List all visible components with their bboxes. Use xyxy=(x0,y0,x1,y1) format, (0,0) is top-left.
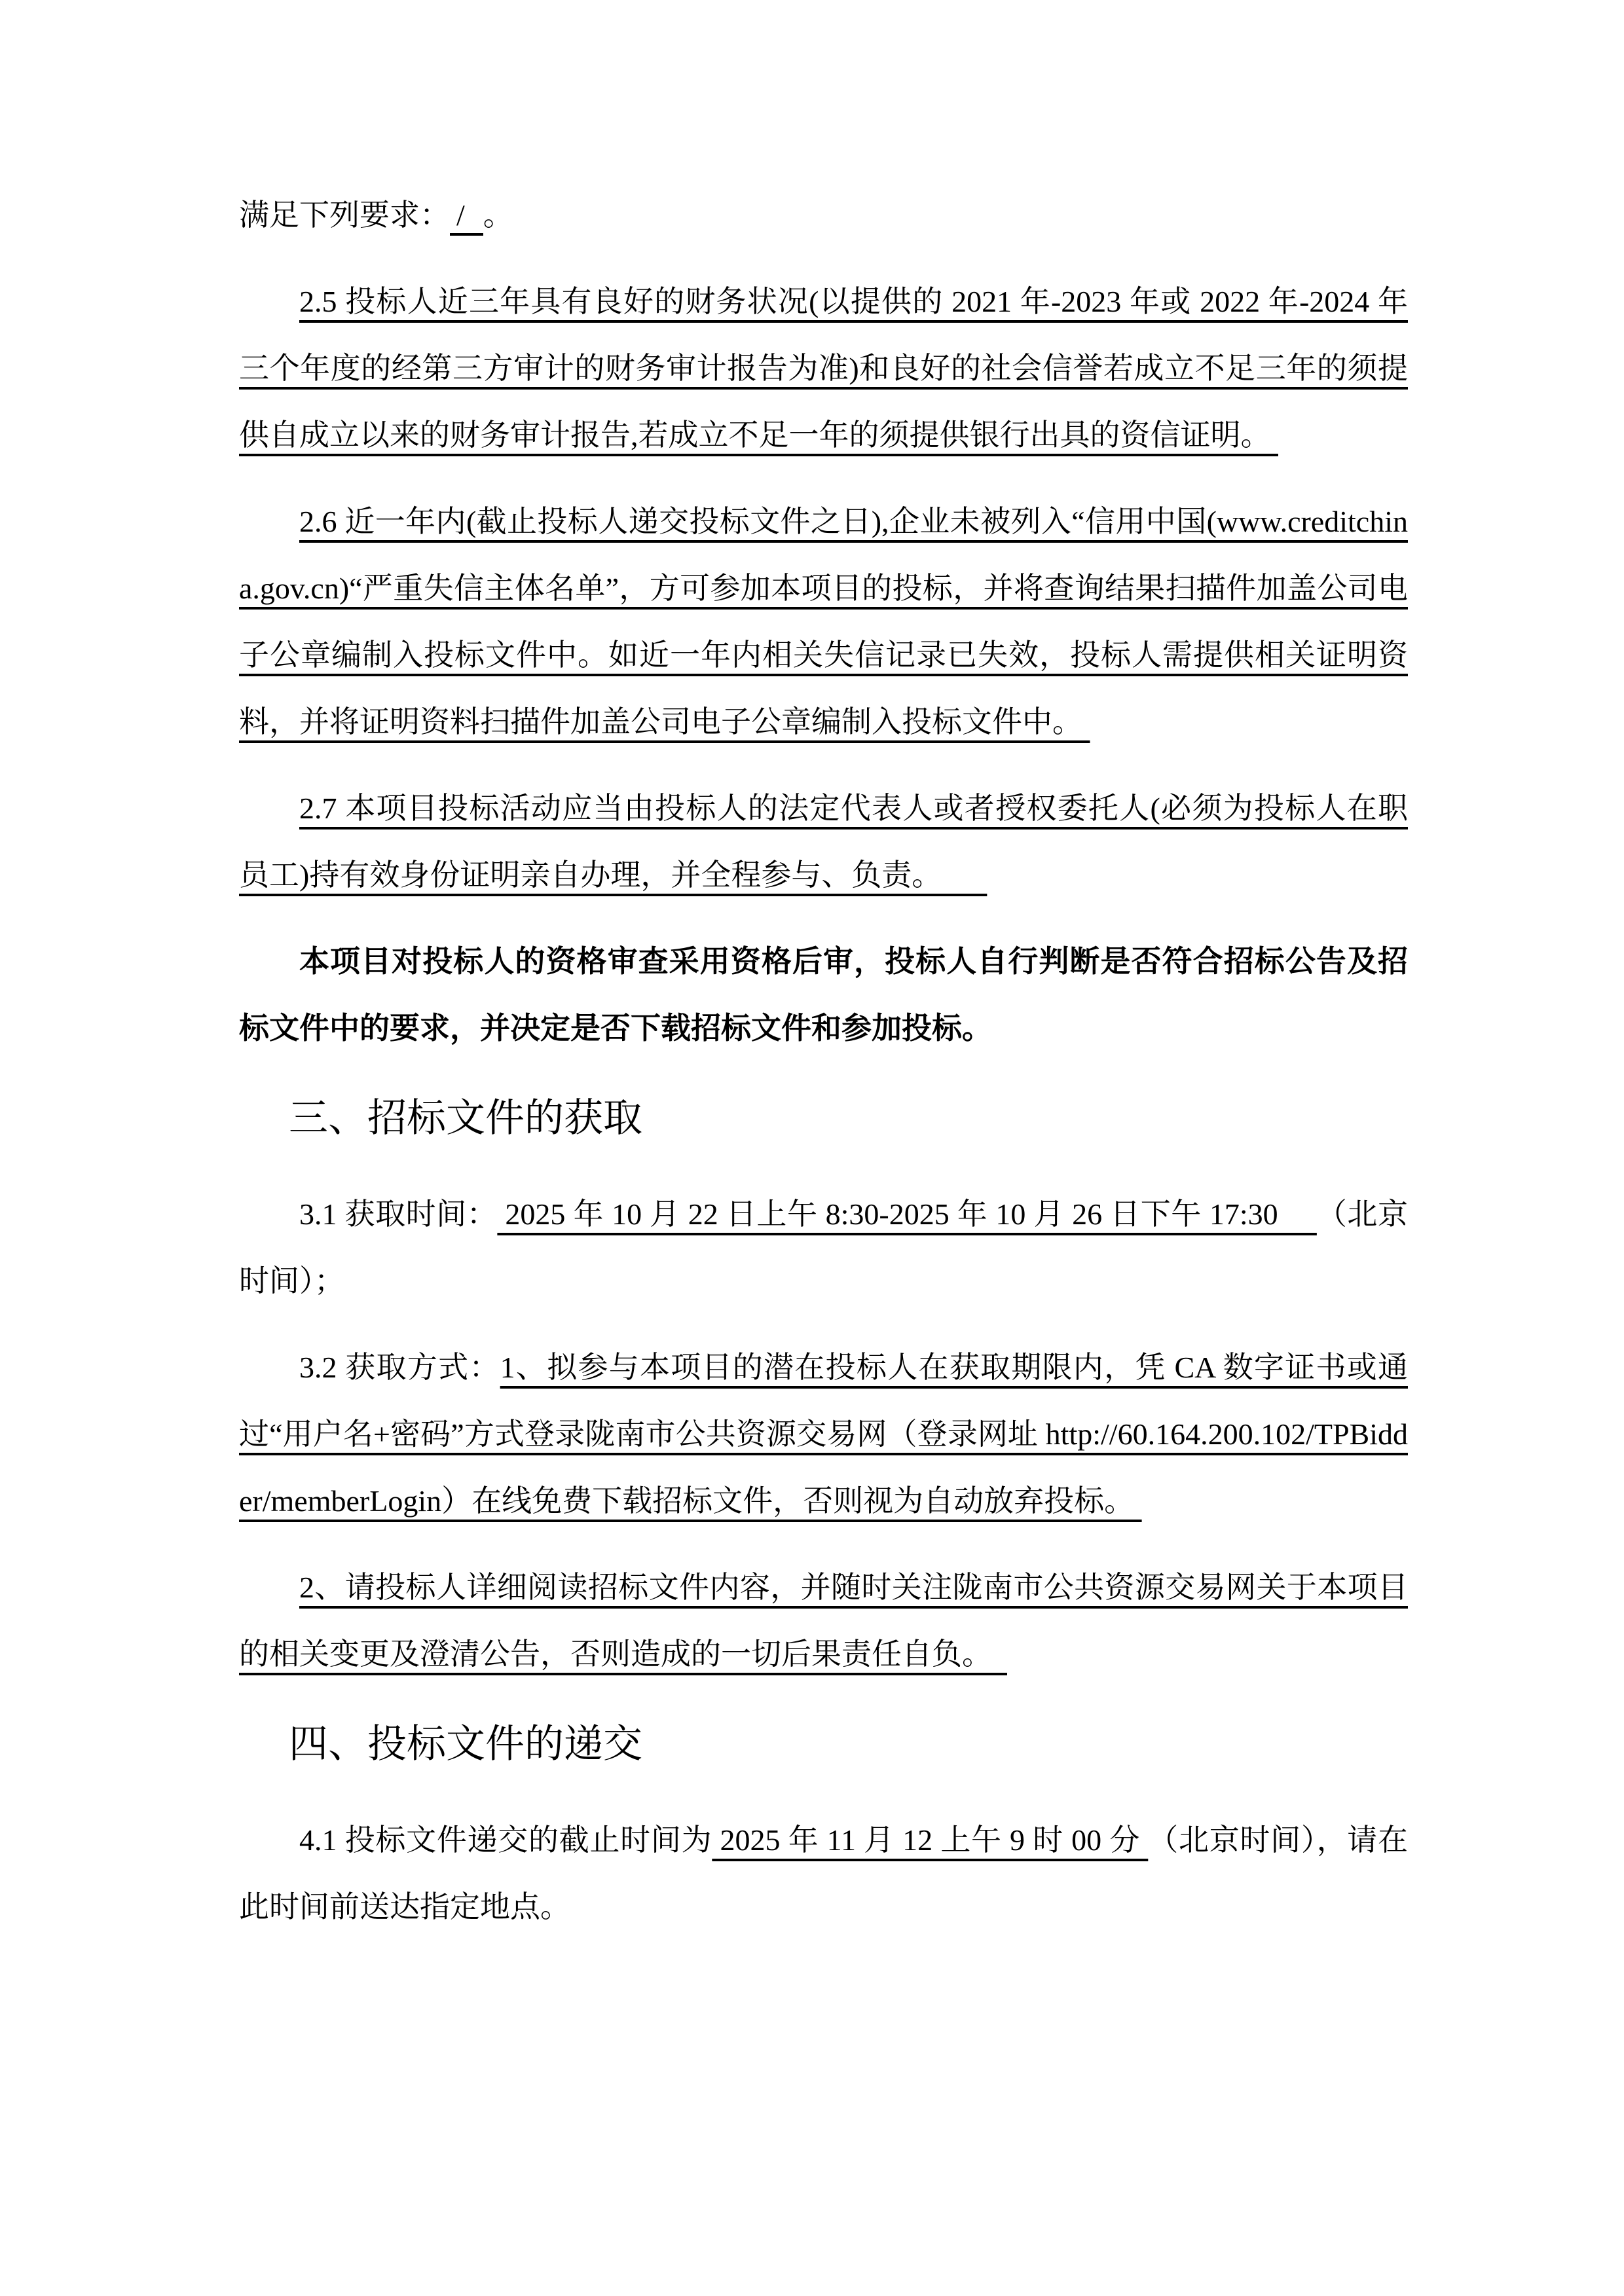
item-3-2-note-text: 2、请投标人详细阅读招标文件内容，并随时关注陇南市公共资源交易网关于本项目的相关… xyxy=(239,1571,1408,1671)
clause-continuation: 满足下列要求：/。 xyxy=(239,182,1408,249)
item-4-1-prefix: 4.1 投标文件递交的截止时间为 xyxy=(299,1823,712,1857)
document-page: 满足下列要求：/。 2.5 投标人近三年具有良好的财务状况(以提供的 2021 … xyxy=(0,0,1624,2296)
qualification-review-note-text: 本项目对投标人的资格审查采用资格后审，投标人自行判断是否符合招标公告及招标文件中… xyxy=(239,945,1408,1045)
qualification-review-note: 本项目对投标人的资格审查采用资格后审，投标人自行判断是否符合招标公告及招标文件中… xyxy=(239,928,1408,1062)
item-3-1-time-range: 2025 年 10 月 22 日上午 8:30-2025 年 10 月 26 日… xyxy=(497,1197,1317,1231)
item-3-1-label: 3.1 获取时间： xyxy=(299,1197,497,1231)
item-3-2: 3.2 获取方式：1、拟参与本项目的潜在投标人在获取期限内，凭 CA 数字证书或… xyxy=(239,1334,1408,1535)
clause-2-5-text: 2.5 投标人近三年具有良好的财务状况(以提供的 2021 年-2023 年或 … xyxy=(239,285,1408,452)
clause-2-7-text: 2.7 本项目投标活动应当由投标人的法定代表人或者授权委托人(必须为投标人在职员… xyxy=(239,792,1408,892)
item-3-1: 3.1 获取时间： 2025 年 10 月 22 日上午 8:30-2025 年… xyxy=(239,1181,1408,1315)
item-3-2-note: 2、请投标人详细阅读招标文件内容，并随时关注陇南市公共资源交易网关于本项目的相关… xyxy=(239,1554,1408,1688)
section-4-heading: 四、投标文件的递交 xyxy=(239,1707,1408,1781)
clause-2-6: 2.6 近一年内(截止投标人递交投标文件之日),企业未被列入“信用中国(www.… xyxy=(239,488,1408,756)
item-4-1-deadline: 2025 年 11 月 12 上午 9 时 00 分 xyxy=(712,1823,1148,1857)
clause-2-7: 2.7 本项目投标活动应当由投标人的法定代表人或者授权委托人(必须为投标人在职员… xyxy=(239,775,1408,909)
clause-2-6-text: 2.6 近一年内(截止投标人递交投标文件之日),企业未被列入“信用中国(www.… xyxy=(239,505,1408,738)
continuation-prefix: 满足下列要求： xyxy=(239,198,450,232)
clause-2-5: 2.5 投标人近三年具有良好的财务状况(以提供的 2021 年-2023 年或 … xyxy=(239,268,1408,469)
continuation-suffix: 。 xyxy=(483,198,513,232)
section-3-heading: 三、招标文件的获取 xyxy=(239,1082,1408,1155)
item-3-2-label: 3.2 获取方式： xyxy=(299,1351,500,1384)
item-4-1: 4.1 投标文件递交的截止时间为 2025 年 11 月 12 上午 9 时 0… xyxy=(239,1807,1408,1941)
blank-field-value: / xyxy=(450,198,483,236)
